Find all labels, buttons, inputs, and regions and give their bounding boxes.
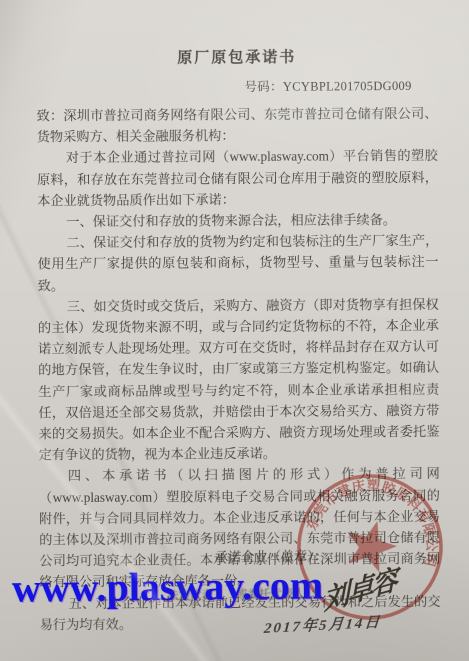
document-number: 号码：YCYBPL201705DG009	[244, 76, 437, 95]
plasway-watermark: www.plasway.com	[12, 561, 324, 611]
number-label: 号码：	[244, 80, 282, 94]
number-value: YCYBPL201705DG009	[283, 79, 412, 94]
clause-2: 二、保证交付和存放的货物为约定和包装标注的生产厂家生产，使用生产厂家提供的原包装…	[37, 230, 438, 296]
salutation: 致：深圳市普拉司商务网络有限公司、东莞市普拉司仓储有限公司、货物采购方、相关金融…	[37, 103, 438, 148]
clause-3: 三、如交货时或交货后，采购方、融资方（即对货物享有担保权的主体）发现货物来源不明…	[38, 294, 440, 466]
clause-1: 一、保证交付和存放的货物来源合法，相应法律手续备。	[37, 209, 438, 233]
document-title: 原厂原包承诺书	[36, 45, 437, 68]
intro-paragraph: 对于本企业通过普拉司网（www.plasway.com）平台销售的塑胶原料，和存…	[37, 145, 438, 211]
